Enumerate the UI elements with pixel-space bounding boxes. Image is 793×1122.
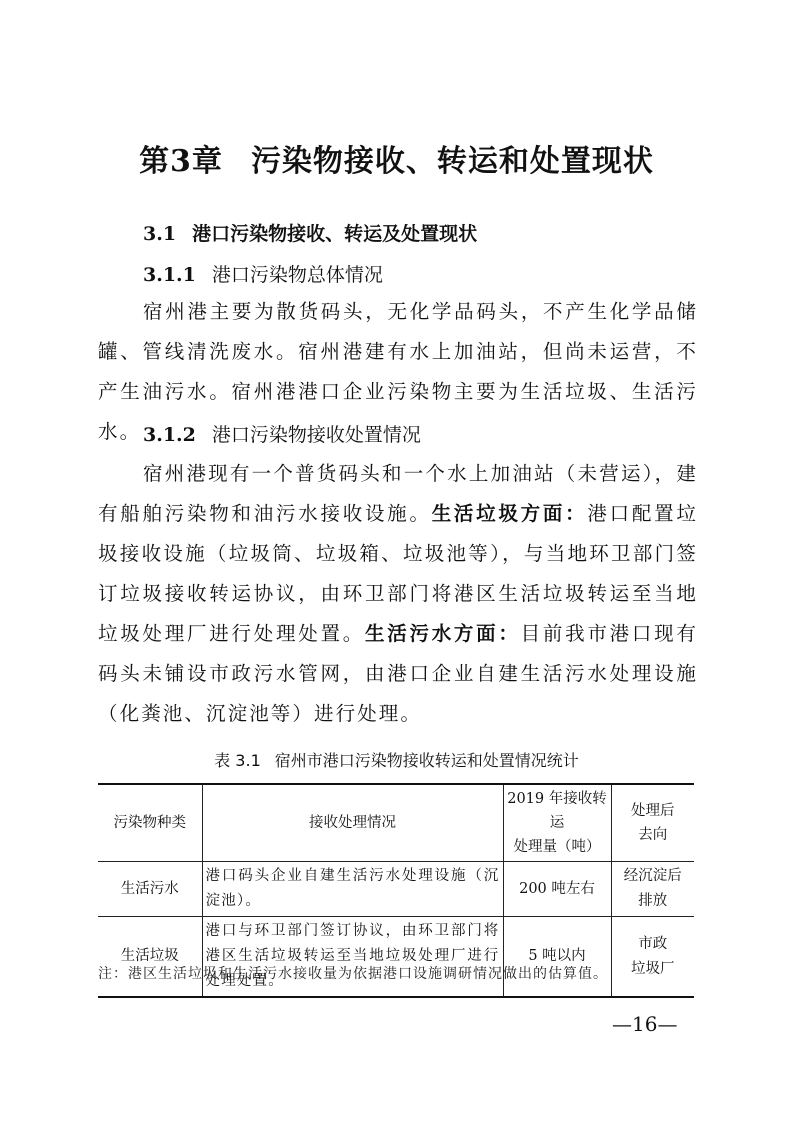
header-amount-line1: 2019 年接收转运 — [507, 791, 607, 831]
section-heading-3-1-2: 3.1.2港口污染物接收处置情况 — [143, 420, 421, 447]
section-number: 3.1 — [143, 223, 176, 245]
dest-line1: 经沉淀后 — [624, 868, 682, 884]
section-heading-3-1: 3.1港口污染物接收、转运及处置现状 — [143, 219, 477, 246]
header-dest-line2: 去向 — [638, 827, 667, 843]
section-heading-3-1-1: 3.1.1港口污染物总体情况 — [143, 260, 383, 287]
cell-type: 生活污水 — [98, 862, 202, 917]
table-title: 宿州市港口污染物接收转运和处置情况统计 — [275, 751, 579, 770]
dest-line1: 市政 — [638, 936, 667, 952]
bold-label-sewage: 生活污水方面： — [365, 622, 521, 645]
table-caption: 表 3.1宿州市港口污染物接收转运和处置情况统计 — [0, 748, 793, 771]
table-number: 表 3.1 — [214, 751, 261, 770]
paragraph-handling: 宿州港现有一个普货码头和一个水上加油站（未营运），建有船舶污染物和油污水接收设施… — [98, 454, 698, 734]
table-header-row: 污染物种类 接收处理情况 2019 年接收转运处理量（吨） 处理后去向 — [98, 784, 694, 862]
bold-label-garbage: 生活垃圾方面： — [432, 502, 588, 525]
page-number: —16— — [612, 1012, 677, 1036]
chapter-title: 第3章污染物接收、转运和处置现状 — [0, 136, 793, 180]
subsection-number: 3.1.2 — [143, 424, 196, 446]
subsection-title: 港口污染物总体情况 — [212, 264, 383, 286]
cell-type: 生活垃圾 — [98, 917, 202, 998]
header-amount: 2019 年接收转运处理量（吨） — [503, 784, 611, 862]
table-note: 注：港区生活垃圾和生活污水接收量为依据港口设施调研情况做出的估算值。 — [98, 963, 608, 983]
dest-line2: 垃圾厂 — [631, 961, 675, 977]
cell-amount: 5 吨以内 — [503, 917, 611, 998]
chapter-title-text: 污染物接收、转运和处置现状 — [251, 144, 654, 179]
header-dest-line1: 处理后 — [631, 803, 675, 819]
section-title: 港口污染物接收、转运及处置现状 — [192, 223, 477, 245]
subsection-title: 港口污染物接收处置情况 — [212, 424, 421, 446]
cell-handling: 港口码头企业自建生活污水处理设施（沉淀池）。 — [202, 862, 503, 917]
dest-line2: 排放 — [638, 893, 667, 909]
header-handling: 接收处理情况 — [202, 784, 503, 862]
header-destination: 处理后去向 — [611, 784, 694, 862]
table-row: 生活污水 港口码头企业自建生活污水处理设施（沉淀池）。 200 吨左右 经沉淀后… — [98, 862, 694, 917]
table-row: 生活垃圾 港口与环卫部门签订协议，由环卫部门将港区生活垃圾转运至当地垃圾处理厂进… — [98, 917, 694, 998]
cell-amount: 200 吨左右 — [503, 862, 611, 917]
header-amount-line2: 处理量（吨） — [514, 839, 601, 855]
header-type: 污染物种类 — [98, 784, 202, 862]
cell-destination: 市政垃圾厂 — [611, 917, 694, 998]
chapter-number: 第3章 — [139, 144, 223, 179]
cell-destination: 经沉淀后排放 — [611, 862, 694, 917]
cell-handling: 港口与环卫部门签订协议，由环卫部门将港区生活垃圾转运至当地垃圾处理厂进行处理处置… — [202, 917, 503, 998]
subsection-number: 3.1.1 — [143, 264, 196, 286]
